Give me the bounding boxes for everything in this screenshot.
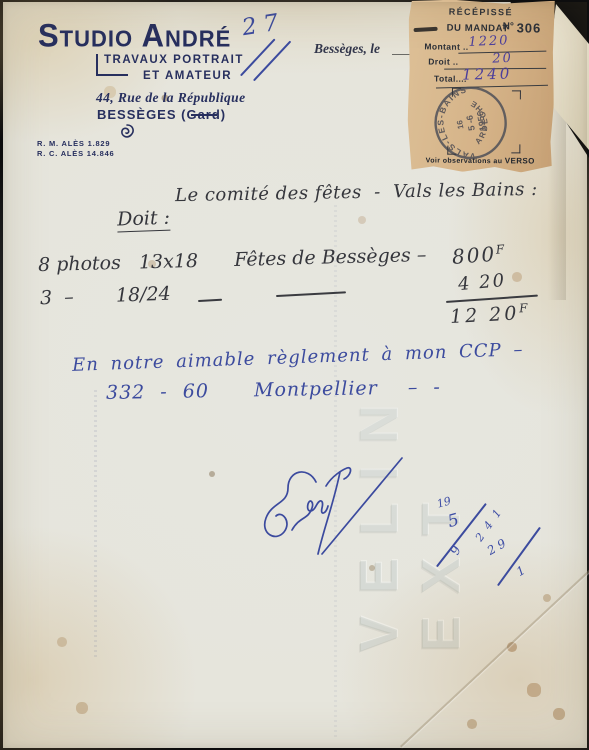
postmark-line1: 16 [455, 119, 465, 130]
amount-1-value: 800 [451, 242, 497, 269]
total-amount: 12 20F [449, 301, 528, 328]
slip-number-sign: N° [503, 21, 514, 32]
invoice-item-line2: 3 – 18/24 [40, 283, 171, 310]
debit-label-text: Doit : [117, 207, 171, 233]
signature-scribble [252, 442, 407, 560]
studio-name: Studio André [38, 17, 231, 54]
spiral-flourish-icon [117, 122, 137, 142]
registry-line1: R. M. ALÈS 1.829 [37, 139, 110, 148]
debit-label: Doit : [92, 185, 171, 254]
tagline-line1: TRAVAUX PORTRAIT [104, 54, 244, 66]
city-rule [191, 114, 217, 116]
slip-footer: Voir observations au VERSO [407, 155, 553, 166]
receipt-slip: RÉCÉPISSÉ DU MANDAT N° 306 Montant .. 12… [407, 0, 555, 173]
foxing-stains [0, 0, 4, 4]
amount-2: 4 20 [457, 270, 507, 295]
registry-line2: R. C. ALÈS 14.846 [37, 149, 115, 158]
amount-1-currency: F [495, 242, 504, 257]
slip-row-value: 1220 [468, 33, 510, 50]
studio-address: 44, Rue de la République [96, 90, 245, 106]
amount-1: 800F [451, 241, 505, 269]
total-value: 12 20 [450, 302, 520, 328]
registration-mark [452, 88, 461, 97]
slip-number: 306 [517, 20, 542, 35]
slip-row-label: Montant .. [424, 41, 468, 51]
slip-row-label: Droit .. [428, 56, 458, 66]
registration-mark [511, 144, 520, 153]
registration-mark [447, 146, 456, 155]
slip-title: RÉCÉPISSÉ [449, 7, 513, 18]
tagline-line2: ET AMATEUR [143, 70, 232, 82]
paper-edge-microtext [94, 390, 97, 660]
registration-mark [512, 90, 521, 99]
scanned-letter: VELIN EXT Studio André TRAVAUX PORTRAIT … [0, 0, 589, 750]
ink-smudge [414, 27, 438, 32]
slip-subtitle: DU MANDAT [447, 23, 509, 35]
slip-footer-verso: VERSO [505, 156, 535, 165]
total-currency: F [519, 301, 528, 315]
date-line-label: Bessèges, le [314, 41, 380, 57]
slip-footer-text: Voir observations au [426, 157, 505, 165]
